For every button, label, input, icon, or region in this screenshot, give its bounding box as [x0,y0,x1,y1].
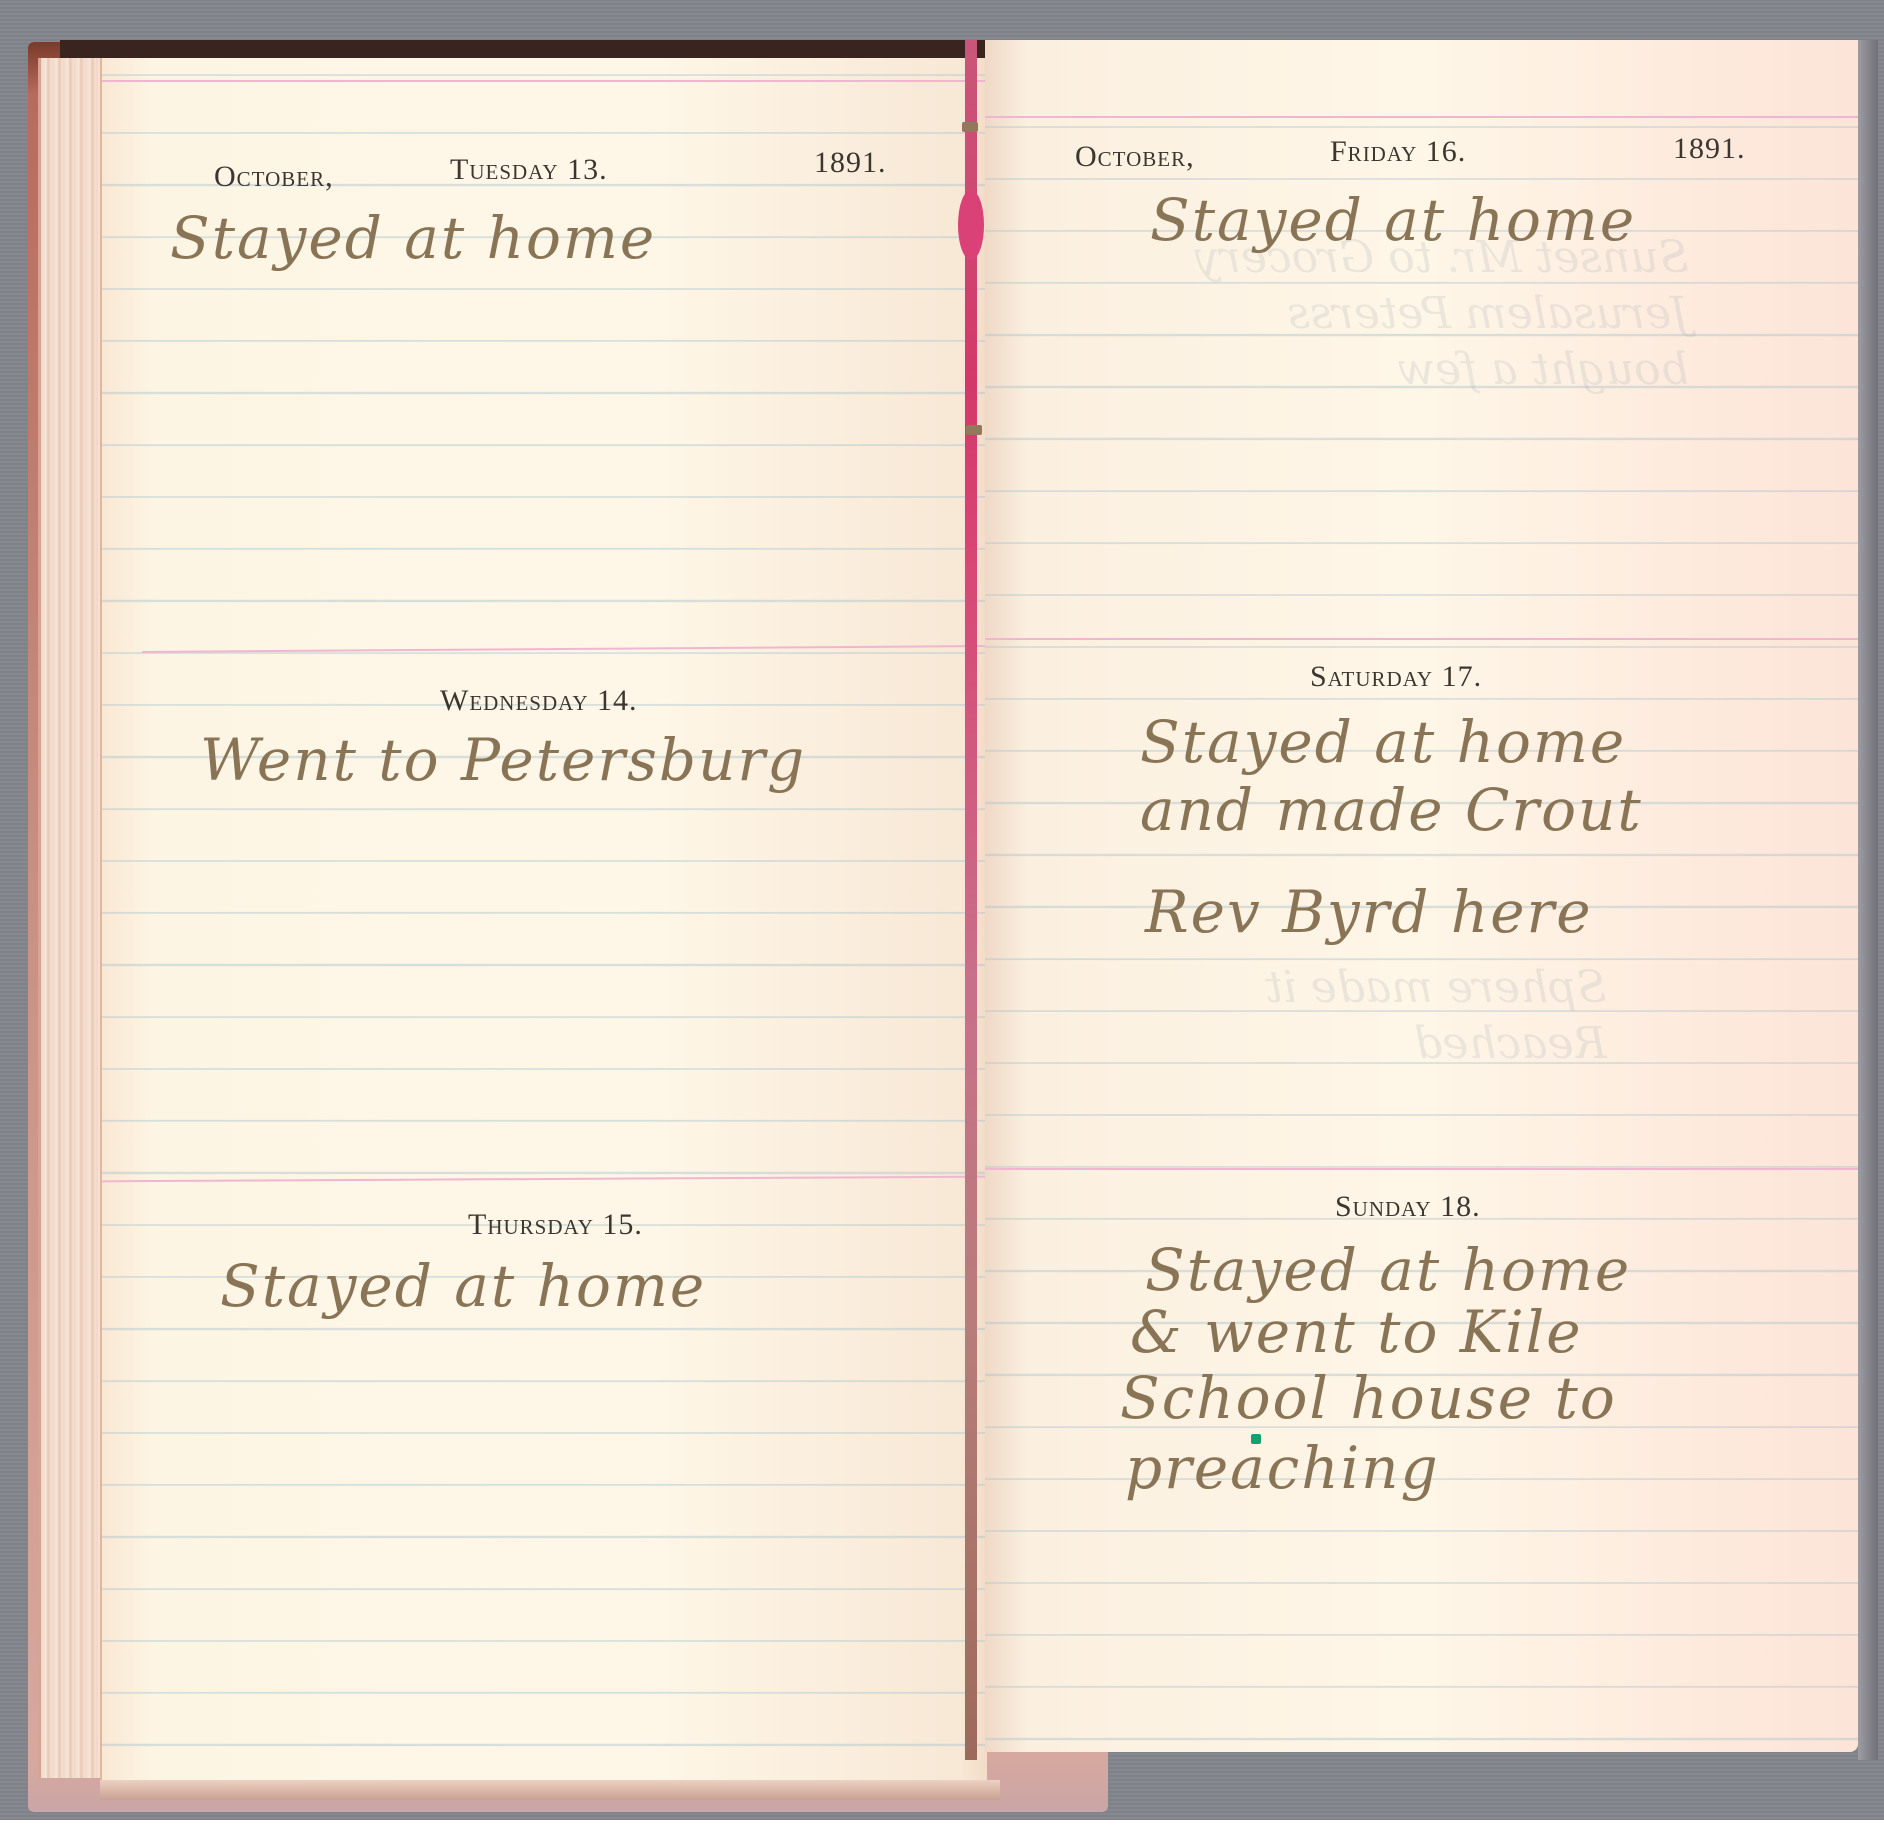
bleed-through-text: Sunset Mr. to Grocery Jerusalem Peterss … [1195,230,1689,398]
page-edges-bottom [100,1780,1000,1800]
day-label: Wednesday 14. [440,684,638,718]
month-label: October, [214,160,334,194]
pink-divider-bottom [102,1176,987,1183]
handwritten-line: Rev Byrd here [1145,882,1593,942]
handwritten-line: Stayed at home [1145,1240,1631,1300]
handwritten-line: and made Crout [1140,780,1643,840]
day-label: Saturday 17. [1310,660,1482,694]
pink-divider-bottom [985,1168,1858,1170]
month-label: October, [1075,140,1195,174]
handwritten-line: & went to Kile [1130,1302,1583,1362]
handwritten-entry: Stayed at home [170,208,656,268]
binding-stitch [966,425,982,435]
right-page: Sunset Mr. to Grocery Jerusalem Peterss … [985,40,1858,1752]
page-edges-stack [38,58,109,1778]
day-label: Sunday 18. [1335,1190,1481,1224]
day-label: Thursday 15. [468,1208,643,1242]
binding-knot [958,190,984,260]
scanner-margin [0,1820,1884,1841]
handwritten-entry: Went to Petersburg [200,730,806,790]
year-label: 1891. [814,146,887,180]
left-page: October, Tuesday 13. 1891. Stayed at hom… [100,58,987,1780]
pink-divider-top [102,80,987,82]
handwritten-line: Stayed at home [1140,712,1626,772]
binding-thread [965,40,977,1760]
day-label: Tuesday 13. [450,153,608,187]
handwritten-entry: Stayed at home [1150,190,1636,250]
handwritten-entry: Stayed at home [220,1256,706,1316]
pink-divider-middle [985,638,1858,640]
handwritten-line: School house to [1120,1368,1617,1428]
ruled-lines [102,58,987,1780]
year-label: 1891. [1673,132,1746,166]
bleed-through-text: Sphere made it Reached [1265,960,1607,1072]
pink-divider-middle [142,645,987,653]
day-label: Friday 16. [1330,135,1466,169]
page-edge-shadow [1858,40,1878,1760]
book-cover-top-edge [60,40,1040,58]
green-ink-spot [1251,1434,1261,1444]
pink-divider-top [985,116,1858,118]
handwritten-line: preaching [1125,1438,1440,1498]
binding-stitch [962,122,978,132]
